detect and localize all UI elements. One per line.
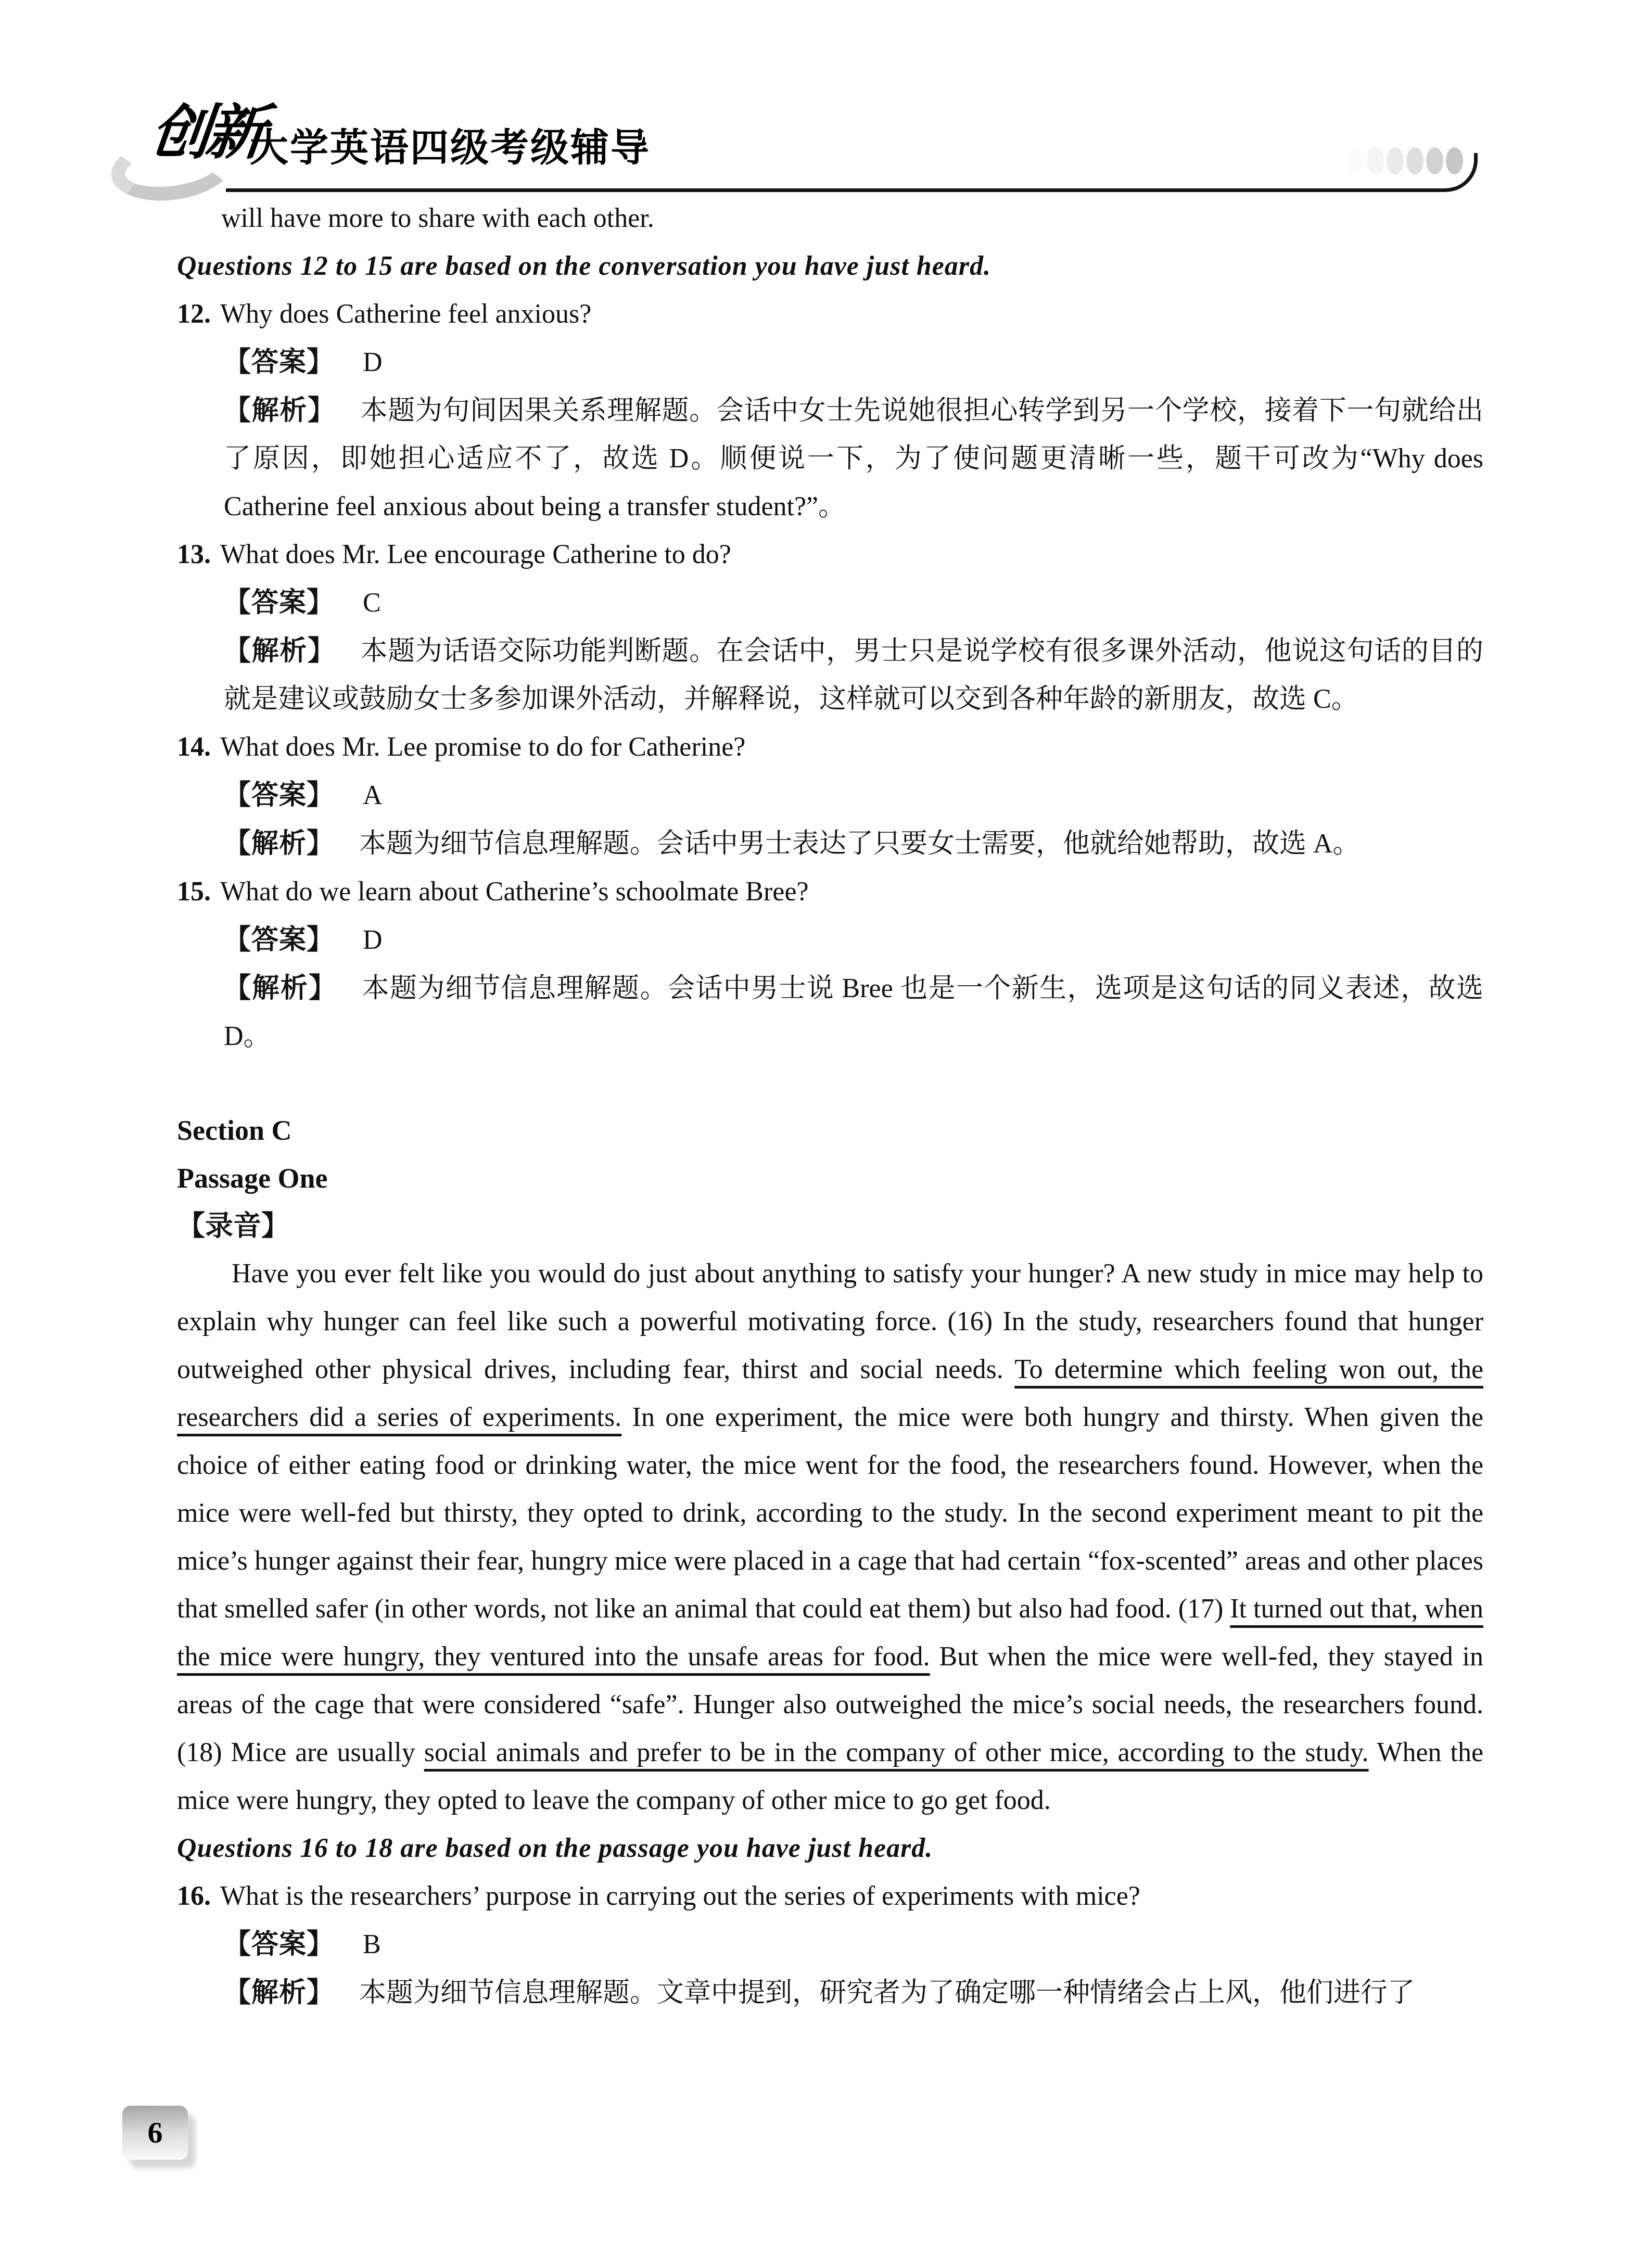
answer-line: 【答案】D: [224, 338, 1483, 387]
passage-segment: In one experiment, the mice were both hu…: [177, 1403, 1483, 1624]
analysis-label: 【解析】: [224, 973, 337, 1003]
passage-underlined-segment: social animals and prefer to be in the c…: [424, 1738, 1369, 1767]
questions-12-15-heading: Questions 12 to 15 are based on the conv…: [177, 243, 1483, 290]
recording-label: 【录音】: [177, 1202, 1483, 1250]
question-line: 13.What does Mr. Lee encourage Catherine…: [177, 531, 1483, 579]
answer-line: 【答案】D: [224, 916, 1483, 964]
question-line: 16.What is the researchers’ purpose in c…: [177, 1872, 1483, 1920]
analysis-line: 【解析】本题为细节信息理解题。会话中男士表达了只要女士需要，他就给她帮助，故选 …: [224, 820, 1483, 868]
header-rule: [226, 153, 1478, 192]
answer-label: 【答案】: [224, 588, 334, 618]
analysis-text: 本题为话语交际功能判断题。在会话中，男士只是说学校有很多课外活动，他说这句话的目…: [224, 636, 1483, 714]
questions-12-15: 12.Why does Catherine feel anxious?【答案】D…: [177, 290, 1483, 1061]
answer-letter: D: [363, 348, 383, 377]
answer-letter: B: [363, 1930, 381, 1959]
header-dot: [1387, 147, 1404, 174]
question-block: 12.Why does Catherine feel anxious?【答案】D…: [177, 290, 1483, 531]
answer-line: 【答案】A: [224, 771, 1483, 820]
answer-letter: C: [363, 588, 381, 618]
question-number: 15.: [177, 877, 211, 907]
analysis-line: 【解析】本题为细节信息理解题。文章中提到，研究者为了确定哪一种情绪会占上风，他们…: [224, 1969, 1483, 2017]
question-text: What does Mr. Lee promise to do for Cath…: [220, 732, 745, 762]
question-number: 13.: [177, 540, 211, 569]
analysis-line: 【解析】本题为话语交际功能判断题。在会话中，男士只是说学校有很多课外活动，他说这…: [224, 627, 1483, 723]
content: will have more to share with each other.…: [177, 195, 1483, 2017]
analysis-line: 【解析】本题为句间因果关系理解题。会话中女士先说她很担心转学到另一个学校，接着下…: [224, 387, 1483, 531]
answer-label: 【答案】: [224, 780, 334, 810]
answer-line: 【答案】C: [224, 579, 1483, 627]
page: 创新 大学英语四级考级辅导 will have more to share wi…: [0, 0, 1652, 2242]
question-number: 14.: [177, 732, 211, 762]
question-block: 15.What do we learn about Catherine’s sc…: [177, 868, 1483, 1061]
question-block: 16.What is the researchers’ purpose in c…: [177, 1872, 1483, 2017]
question-text: Why does Catherine feel anxious?: [220, 299, 591, 329]
question-text: What do we learn about Catherine’s schoo…: [220, 877, 809, 907]
question-number: 16.: [177, 1881, 211, 1911]
answer-label: 【答案】: [224, 925, 334, 955]
header-dot: [1426, 147, 1443, 174]
question-block: 14.What does Mr. Lee promise to do for C…: [177, 723, 1483, 868]
answer-letter: D: [363, 925, 383, 955]
question-block: 13.What does Mr. Lee encourage Catherine…: [177, 531, 1483, 723]
answer-letter: A: [363, 781, 383, 810]
header-dot: [1367, 147, 1384, 174]
header-dot: [1347, 147, 1364, 174]
questions-16-18: 16.What is the researchers’ purpose in c…: [177, 1872, 1483, 2017]
passage-one-title: Passage One: [177, 1154, 1483, 1202]
questions-16-18-heading: Questions 16 to 18 are based on the pass…: [177, 1825, 1483, 1872]
question-line: 12.Why does Catherine feel anxious?: [177, 290, 1483, 338]
analysis-text: 本题为细节信息理解题。会话中男士表达了只要女士需要，他就给她帮助，故选 A。: [359, 829, 1360, 859]
analysis-text: 本题为细节信息理解题。会话中男士说 Bree 也是一个新生，选项是这句话的同义表…: [224, 974, 1483, 1051]
question-text: What is the researchers’ purpose in carr…: [220, 1881, 1140, 1911]
answer-label: 【答案】: [224, 1929, 334, 1959]
page-number-badge: 6: [122, 2106, 188, 2160]
question-text: What does Mr. Lee encourage Catherine to…: [220, 540, 731, 569]
analysis-label: 【解析】: [224, 396, 336, 426]
analysis-label: 【解析】: [224, 1978, 334, 2008]
analysis-text: 本题为细节信息理解题。文章中提到，研究者为了确定哪一种情绪会占上风，他们进行了: [359, 1978, 1415, 2008]
question-number: 12.: [177, 299, 211, 329]
continuation-line: will have more to share with each other.: [177, 195, 1483, 243]
analysis-text: 本题为句间因果关系理解题。会话中女士先说她很担心转学到另一个学校，接着下一句就给…: [224, 396, 1483, 521]
header-dot: [1406, 147, 1424, 174]
question-line: 15.What do we learn about Catherine’s sc…: [177, 868, 1483, 916]
passage-text: Have you ever felt like you would do jus…: [177, 1250, 1483, 1825]
section-c-title: Section C: [177, 1106, 1483, 1154]
analysis-label: 【解析】: [224, 829, 334, 859]
analysis-label: 【解析】: [224, 636, 336, 666]
analysis-line: 【解析】本题为细节信息理解题。会话中男士说 Bree 也是一个新生，选项是这句话…: [224, 964, 1483, 1061]
answer-label: 【答案】: [224, 347, 334, 377]
header-dots: [1347, 147, 1463, 174]
question-line: 14.What does Mr. Lee promise to do for C…: [177, 723, 1483, 771]
header-dot: [1446, 147, 1463, 174]
answer-line: 【答案】B: [224, 1920, 1483, 1969]
